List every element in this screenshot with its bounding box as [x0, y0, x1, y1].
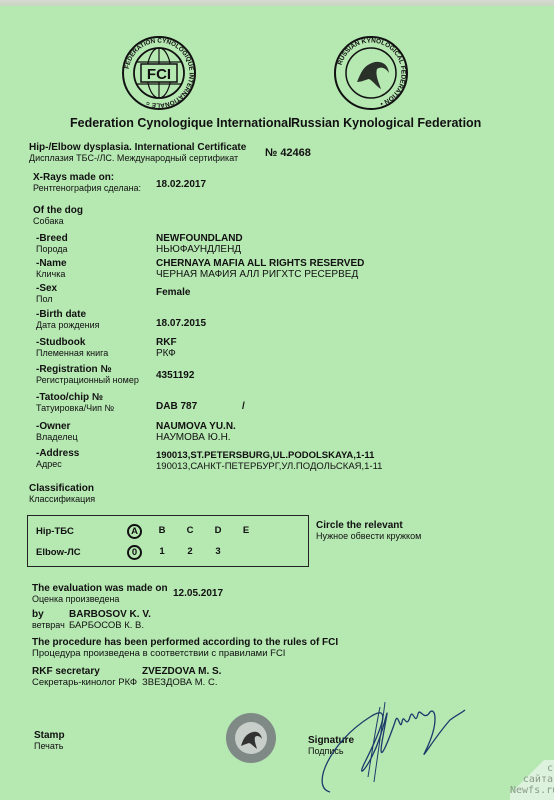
- secretary-name-ru: ЗВЕЗДОВА М. С.: [142, 677, 217, 688]
- field-label-ru: Дата рождения: [36, 320, 156, 331]
- elbow-option-2: 2: [183, 545, 197, 559]
- stamp-seal-icon: [225, 712, 277, 764]
- registration-value: 4351192: [156, 370, 194, 381]
- classification-label-en: Classification: [29, 483, 94, 494]
- watermark-line: Newfs.ru: [510, 785, 553, 796]
- vet-label-ru: ветврач: [32, 620, 65, 631]
- evaluation-label-en: The evaluation was made on: [32, 583, 168, 594]
- classification-box: Hip-ТБС Elbow-ЛС ABCDE 0123: [27, 515, 309, 567]
- field-label-ru: Регистрационный номер: [36, 375, 156, 386]
- hip-option-b: B: [155, 524, 169, 538]
- field-label-en: -Birth date: [36, 309, 156, 320]
- svg-text:FCI: FCI: [147, 66, 171, 83]
- certificate-number: № 42468: [265, 147, 311, 159]
- owner-value-en: NAUMOVA YU.N.: [156, 421, 236, 432]
- stamp-label-en: Stamp: [34, 730, 65, 741]
- owner-value-ru: НАУМОВА Ю.Н.: [156, 432, 236, 443]
- sex-value: Female: [156, 287, 190, 298]
- field-label-en: -Studbook: [36, 337, 156, 348]
- certificate-title-en: Hip-/Elbow dysplasia. International Cert…: [29, 142, 246, 153]
- field-label-en: -Address: [36, 448, 156, 459]
- vet-name-ru: БАРБОСОВ К. В.: [69, 620, 144, 631]
- secretary-name-en: ZVEZDOVA M. S.: [142, 666, 221, 677]
- procedure-text-en: The procedure has been performed accordi…: [32, 637, 338, 648]
- field-label-en: -Owner: [36, 421, 156, 432]
- xrays-label-ru: Рентгенография сделана:: [33, 183, 141, 194]
- studbook-value-en: RKF: [156, 337, 177, 348]
- fci-name: Federation Cynologique International: [70, 116, 292, 130]
- secretary-label-ru: Секретарь-кинолог РКФ: [32, 677, 137, 688]
- chip-separator: /: [242, 401, 245, 412]
- signature-scribble-icon: [310, 692, 470, 800]
- breed-value-en: NEWFOUNDLAND: [156, 233, 243, 244]
- rkf-logo-icon: RUSSIAN KYNOLOGICAL FEDERATION •: [333, 35, 409, 111]
- secretary-label-en: RKF secretary: [32, 666, 100, 677]
- field-label-en: -Name: [36, 258, 156, 269]
- field-label-ru: Пол: [36, 294, 156, 305]
- field-label-en: -Tatoo/chip №: [36, 392, 156, 403]
- name-value-ru: ЧЕРНАЯ МАФИЯ АЛЛ РИГХТС РЕСЕРВЕД: [156, 269, 364, 280]
- elbow-option-0: 0: [127, 545, 142, 560]
- field-label-en: -Breed: [36, 233, 156, 244]
- field-label-ru: Племенная книга: [36, 348, 156, 359]
- field-label-ru: Кличка: [36, 269, 156, 280]
- evaluation-date: 12.05.2017: [173, 588, 223, 599]
- dog-section-label-ru: Собака: [33, 216, 64, 227]
- breed-value-ru: НЬЮФАУНДЛЕНД: [156, 244, 243, 255]
- address-value-en: 190013,ST.PETERSBURG,UL.PODOLSKAYA,1-11: [156, 450, 382, 461]
- evaluation-label-ru: Оценка произведена: [32, 594, 119, 605]
- field-label-ru: Владелец: [36, 432, 156, 443]
- xrays-label-en: X-Rays made on:: [33, 172, 114, 183]
- vet-label-en: by: [32, 609, 44, 620]
- dog-section-label-en: Of the dog: [33, 205, 83, 216]
- field-label-en: -Sex: [36, 283, 156, 294]
- field-label-ru: Порода: [36, 244, 156, 255]
- hip-option-c: C: [183, 524, 197, 538]
- circle-note-ru: Нужное обвести кружком: [316, 531, 421, 542]
- field-label-ru: Адрес: [36, 459, 156, 470]
- elbow-option-3: 3: [211, 545, 225, 559]
- elbow-option-1: 1: [155, 545, 169, 559]
- watermark-line: сайта: [510, 774, 553, 785]
- fci-logo-icon: FCI FEDERATION CYNOLOGIQUE INTERNATIONAL…: [121, 35, 197, 111]
- certificate-title-ru: Дисплазия ТБС-/ЛС. Международный сертифи…: [29, 153, 238, 164]
- name-value-en: CHERNAYA MAFIA ALL RIGHTS RESERVED: [156, 258, 364, 269]
- birth-date-value: 18.07.2015: [156, 318, 206, 329]
- xrays-date: 18.02.2017: [156, 179, 206, 190]
- hip-option-a: A: [127, 524, 142, 539]
- address-value-ru: 190013,САНКТ-ПЕТЕРБУРГ,УЛ.ПОДОЛЬСКАЯ,1-1…: [156, 461, 382, 472]
- hip-option-d: D: [211, 524, 225, 538]
- field-label-ru: Татуировка/Чип №: [36, 403, 156, 414]
- hip-label: Hip-ТБС: [36, 526, 74, 537]
- field-label-en: -Registration №: [36, 364, 156, 375]
- classification-label-ru: Классификация: [29, 494, 95, 505]
- circle-note-en: Circle the relevant: [316, 520, 403, 531]
- site-watermark: с сайта Newfs.ru: [510, 760, 554, 800]
- vet-name-en: BARBOSOV K. V.: [69, 609, 151, 620]
- elbow-label: Elbow-ЛС: [36, 547, 81, 558]
- tattoo-value: DAB 787: [156, 401, 197, 412]
- studbook-value-ru: РКФ: [156, 348, 177, 359]
- paper-top-edge: [0, 0, 554, 6]
- hip-option-e: E: [239, 524, 253, 538]
- watermark-line: с: [510, 763, 553, 774]
- stamp-label-ru: Печать: [34, 741, 63, 752]
- rkf-name: Russian Kynological Federation: [291, 116, 481, 130]
- procedure-text-ru: Процедура произведена в соответствии с п…: [32, 648, 285, 659]
